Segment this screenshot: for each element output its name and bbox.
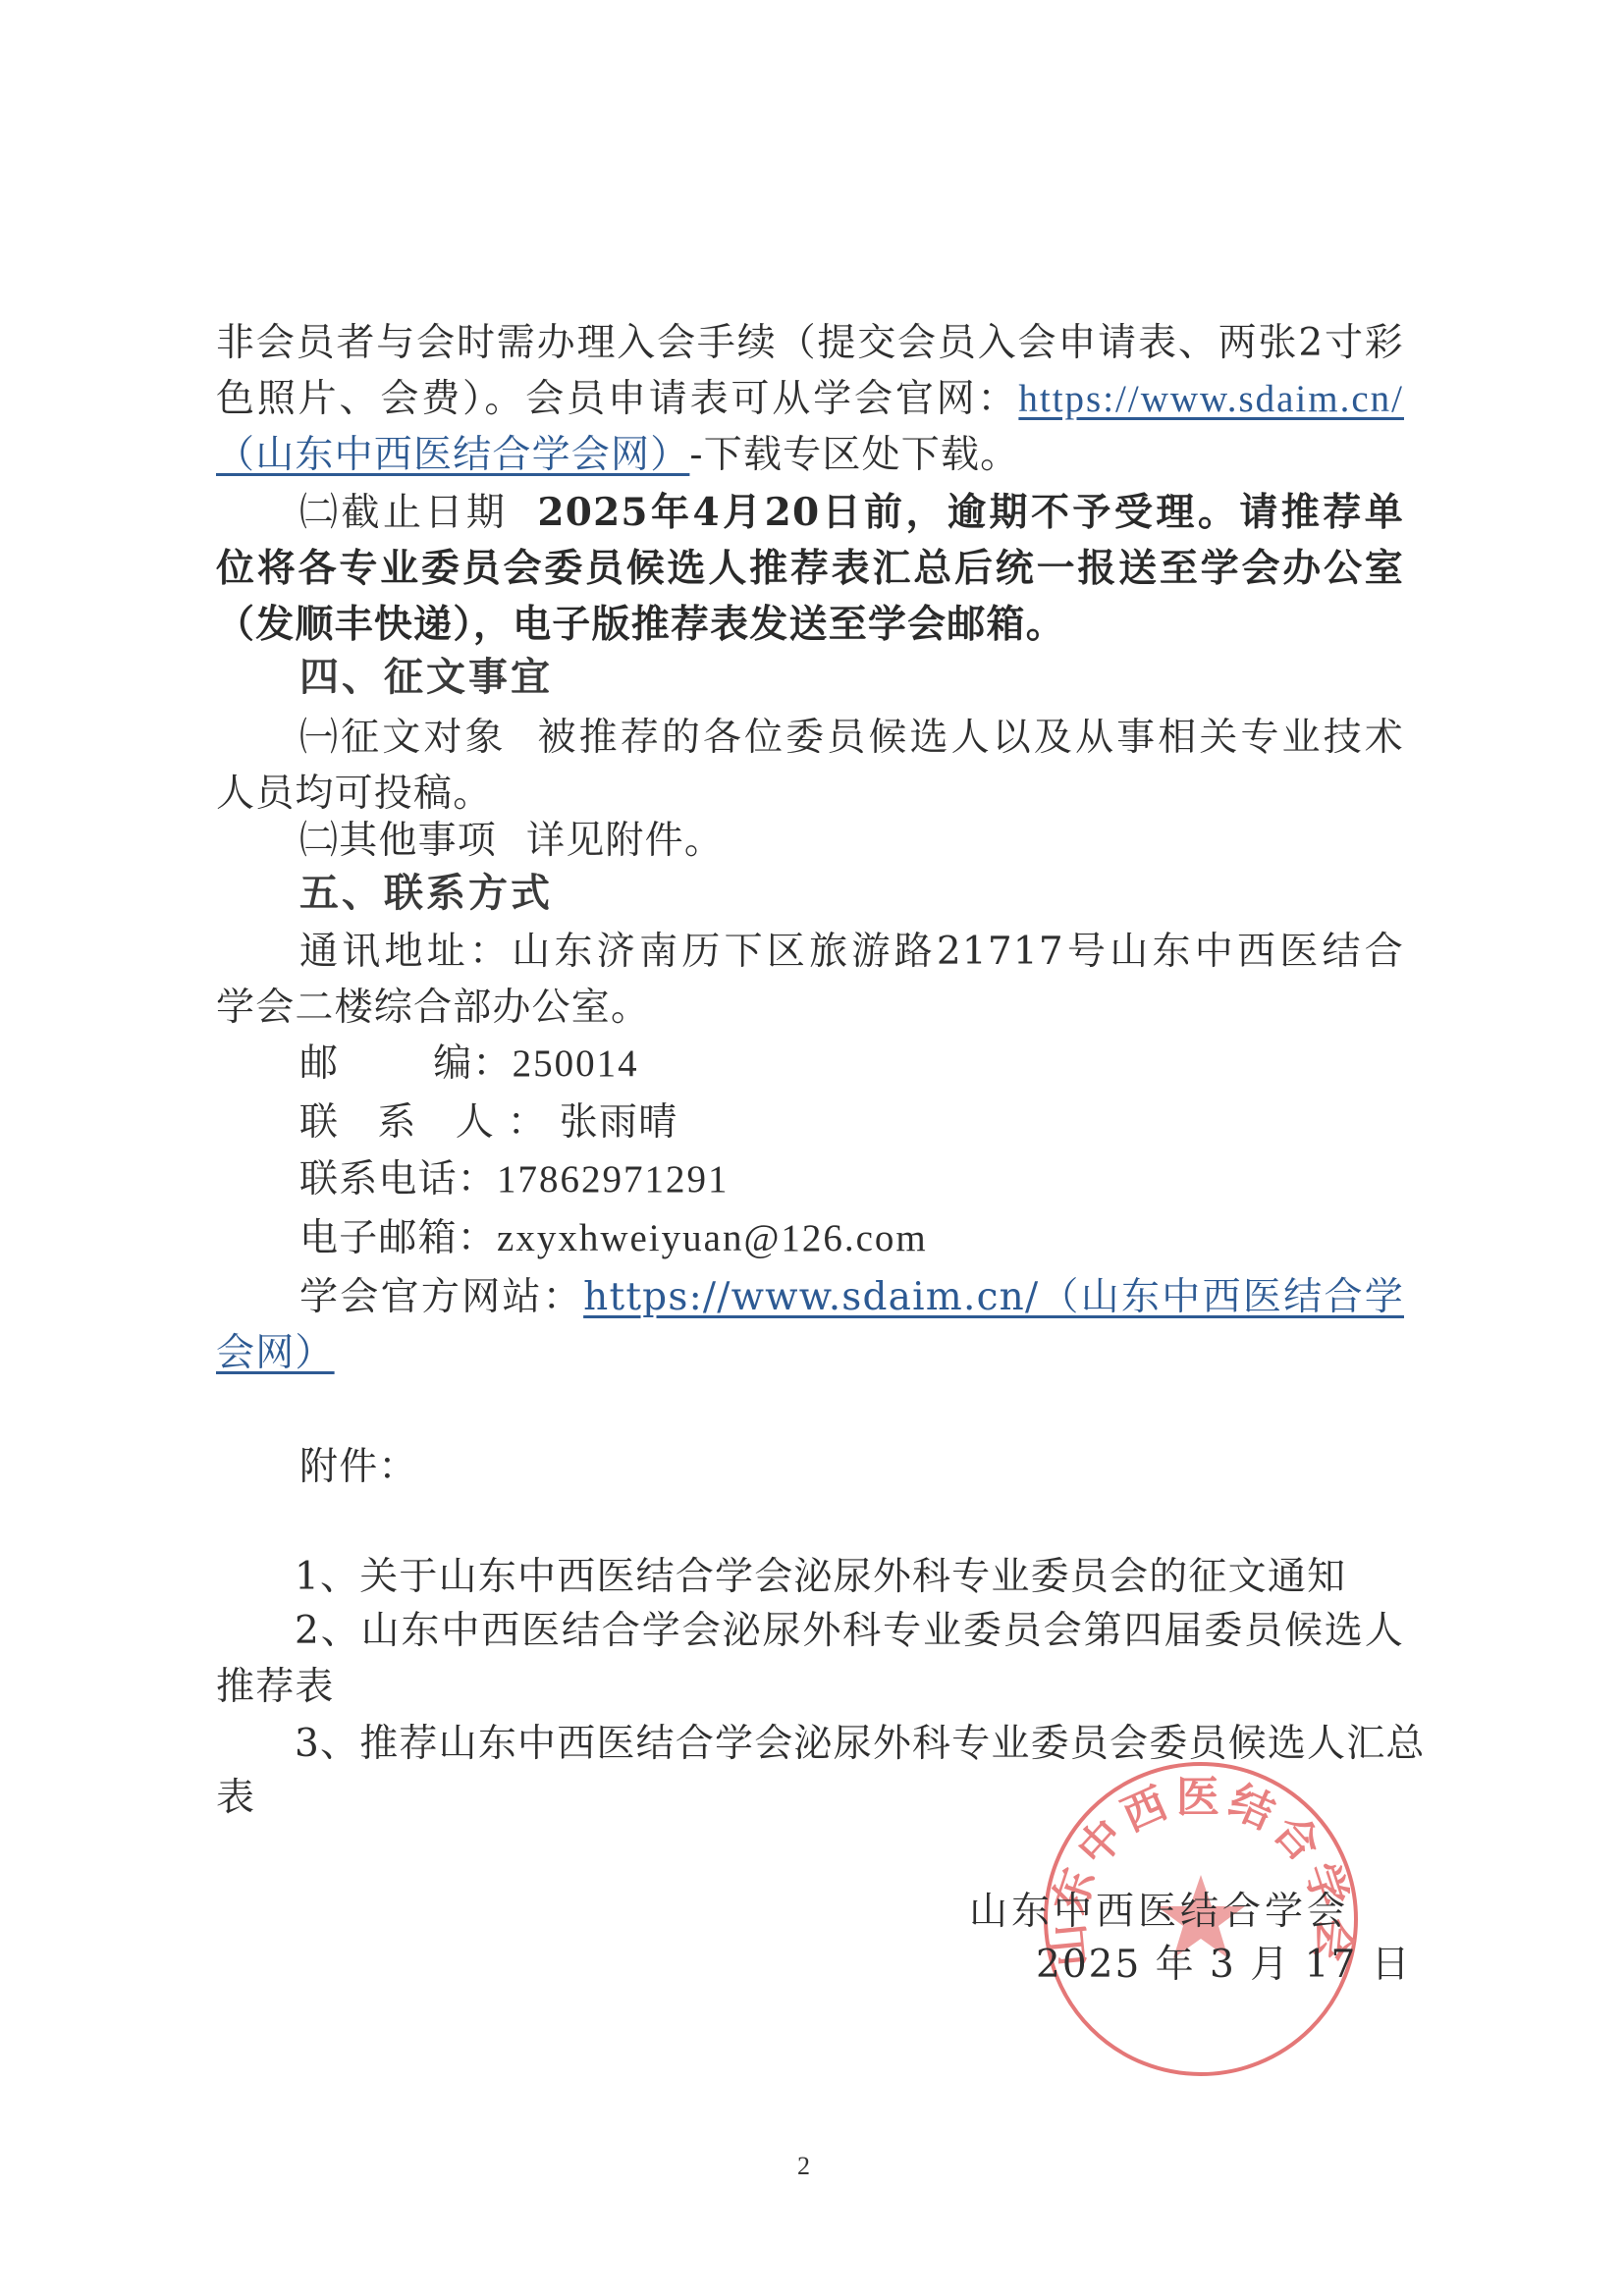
phone-line: 联系电话：17862971291 <box>299 1156 1404 1203</box>
deadline-line-cont2: （发顺丰快递），电子版推荐表发送至学会邮箱。 <box>216 601 1404 648</box>
contact-person-value: 张雨晴 <box>560 1100 678 1145</box>
seal-text: 山东中西医结合学会 <box>1042 1773 1359 1969</box>
attachment-item-2: 2、山东中西医结合学会泌尿外科专业委员会第四届委员候选人 <box>295 1608 1404 1655</box>
essay-target-label: ㈠征文对象 <box>299 716 507 760</box>
website-line: 学会官方网站：https://www.sdaim.cn/（山东中西医结合学 <box>299 1274 1404 1321</box>
attachments-title: 附件： <box>299 1444 1404 1491</box>
body-text: -下载专区处下载。 <box>689 433 1019 477</box>
essay-other-text: 详见附件。 <box>526 819 724 863</box>
deadline-label: ㈡截止日期 <box>299 491 508 535</box>
essay-target-cont: 人员均可投稿。 <box>216 771 1404 818</box>
postcode-line: 邮编：250014 <box>299 1041 1404 1088</box>
email-value[interactable]: zxyxhweiyuan@126.com <box>497 1217 928 1259</box>
essay-other-line: ㈡其他事项详见附件。 <box>299 818 1404 865</box>
website-link[interactable]: https://www.sdaim.cn/ <box>1018 378 1404 420</box>
page-number: 2 <box>797 2152 810 2181</box>
phone-value: 17862971291 <box>497 1158 730 1201</box>
attachment-item-2-cont: 推荐表 <box>216 1664 1404 1711</box>
postcode-label-b: 编： <box>433 1041 512 1086</box>
deadline-line: ㈡截止日期2025年4月20日前，逾期不予受理。请推荐单 <box>299 489 1404 536</box>
attachment-item-1: 1、关于山东中西医结合学会泌尿外科专业委员会的征文通知 <box>295 1554 1404 1601</box>
essay-target-text: 被推荐的各位委员候选人以及从事相关专业技术 <box>536 716 1404 760</box>
phone-label: 联系电话： <box>299 1157 497 1201</box>
address-value: 山东济南历下区旅游路21717号山东中西医结合 <box>512 930 1404 974</box>
body-line-download-cont: （山东中西医结合学会网）-下载专区处下载。 <box>216 432 1404 479</box>
deadline-text: 2025年4月20日前，逾期不予受理。请推荐单 <box>537 490 1404 535</box>
website-name-link[interactable]: （山东中西医结合学会网） <box>216 433 689 477</box>
contact-person-line: 联 系 人：张雨晴 <box>299 1099 1404 1147</box>
body-line-membership: 非会员者与会时需办理入会手续（提交会员入会申请表、两张2寸彩 <box>216 320 1404 367</box>
official-website-link-cont[interactable]: 会网） <box>216 1331 335 1375</box>
address-line: 通讯地址：山东济南历下区旅游路21717号山东中西医结合 <box>299 929 1404 976</box>
body-line-download: 色照片、会费）。会员申请表可从学会官网：https://www.sdaim.cn… <box>216 376 1404 423</box>
address-cont: 学会二楼综合部办公室。 <box>216 985 1404 1032</box>
body-text: 色照片、会费）。会员申请表可从学会官网： <box>216 377 1018 421</box>
postcode-value: 250014 <box>513 1042 639 1085</box>
website-line-cont: 会网） <box>216 1330 1404 1377</box>
essay-other-label: ㈡其他事项 <box>299 819 497 863</box>
section-heading-essay: 四、征文事宜 <box>299 654 1404 701</box>
deadline-line-cont: 位将各专业委员会委员候选人推荐表汇总后统一报送至学会办公室 <box>216 545 1404 592</box>
essay-target-line: ㈠征文对象被推荐的各位委员候选人以及从事相关专业技术 <box>299 715 1404 762</box>
section-heading-contact: 五、联系方式 <box>299 870 1404 917</box>
address-label: 通讯地址： <box>299 930 512 974</box>
email-label: 电子邮箱： <box>299 1216 497 1260</box>
signature-date: 2025 年 3 月 17 日 <box>1036 1942 1412 1989</box>
postcode-label-a: 邮 <box>299 1041 339 1086</box>
document-page: 非会员者与会时需办理入会手续（提交会员入会申请表、两张2寸彩 色照片、会费）。会… <box>0 0 1624 2296</box>
official-website-link[interactable]: https://www.sdaim.cn/（山东中西医结合学 <box>583 1275 1404 1319</box>
signature-organization: 山东中西医结合学会 <box>969 1889 1349 1936</box>
contact-person-label: 联 系 人： <box>299 1100 560 1145</box>
email-line: 电子邮箱：zxyxhweiyuan@126.com <box>299 1215 1404 1262</box>
website-label: 学会官方网站： <box>299 1275 583 1319</box>
svg-text:山东中西医结合学会: 山东中西医结合学会 <box>1042 1773 1359 1969</box>
